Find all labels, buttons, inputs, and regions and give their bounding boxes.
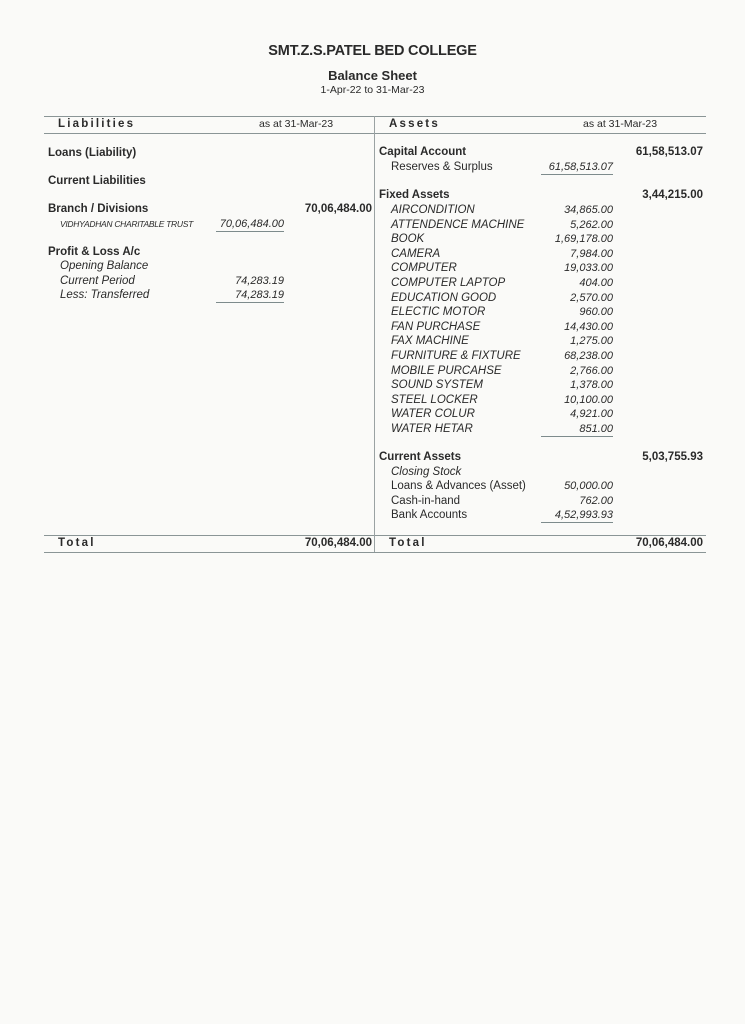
fixed-asset-amount: 2,766.00	[541, 365, 613, 377]
fixed-asset-amount: 7,984.00	[541, 248, 613, 260]
closing-stock: Closing Stock	[391, 466, 461, 480]
fixed-asset-amount: 1,69,178.00	[541, 233, 613, 245]
balance-sheet-page: SMT.Z.S.PATEL BED COLLEGE Balance Sheet …	[0, 0, 745, 1024]
assets-total-value: 70,06,484.00	[636, 537, 703, 549]
group-profit-loss: Profit & Loss A/c	[48, 246, 140, 260]
assets-date-heading: as at 31-Mar-23	[583, 118, 657, 130]
fixed-asset-amount: 4,921.00	[541, 408, 613, 420]
fixed-asset-amount: 34,865.00	[541, 204, 613, 216]
fixed-asset-amount: 960.00	[541, 306, 613, 318]
fixed-asset-amount: 1,378.00	[541, 379, 613, 391]
fixed-assets-total: 3,44,215.00	[642, 189, 703, 201]
fixed-asset-name: MOBILE PURCAHSE	[391, 365, 502, 379]
cash-in-hand: Cash-in-hand	[391, 495, 460, 509]
organization-name: SMT.Z.S.PATEL BED COLLEGE	[0, 43, 745, 59]
capital-account-total: 61,58,513.07	[636, 146, 703, 158]
fixed-asset-amount: 851.00	[541, 423, 613, 437]
fixed-asset-name: WATER COLUR	[391, 408, 475, 422]
fixed-asset-name: ELECTIC MOTOR	[391, 306, 485, 320]
column-divider	[374, 116, 375, 552]
group-capital-account: Capital Account	[379, 146, 466, 160]
fixed-asset-amount: 68,238.00	[541, 350, 613, 362]
group-fixed-assets: Fixed Assets	[379, 189, 450, 203]
total-bottom-rule	[44, 552, 706, 553]
fixed-asset-name: EDUCATION GOOD	[391, 292, 496, 306]
report-period: 1-Apr-22 to 31-Mar-23	[0, 84, 745, 96]
header-rule	[44, 133, 706, 134]
loans-advances-amount: 50,000.00	[541, 480, 613, 492]
current-assets-total: 5,03,755.93	[642, 451, 703, 463]
fixed-asset-name: CAMERA	[391, 248, 440, 262]
fixed-asset-name: ATTENDENCE MACHINE	[391, 219, 524, 233]
fixed-asset-amount: 5,262.00	[541, 219, 613, 231]
pl-opening-balance: Opening Balance	[60, 260, 148, 274]
assets-header: Assets as at 31-Mar-23	[375, 116, 705, 133]
liabilities-date-heading: as at 31-Mar-23	[259, 118, 333, 130]
assets-total-row: Total 70,06,484.00	[375, 537, 705, 552]
fixed-asset-amount: 19,033.00	[541, 262, 613, 274]
fixed-asset-name: FAX MACHINE	[391, 335, 469, 349]
group-branch-divisions: Branch / Divisions	[48, 203, 148, 217]
fixed-asset-name: FURNITURE & FIXTURE	[391, 350, 521, 364]
fixed-asset-name: COMPUTER	[391, 262, 457, 276]
branch-item-name: VIDHYADHAN CHARITABLE TRUST	[60, 219, 193, 233]
fixed-asset-name: COMPUTER LAPTOP	[391, 277, 505, 291]
liabilities-heading: Liabilities	[58, 118, 135, 130]
assets-total-label: Total	[389, 537, 427, 549]
pl-current-period-amount: 74,283.19	[216, 275, 284, 287]
cash-in-hand-amount: 762.00	[541, 495, 613, 507]
fixed-asset-amount: 1,275.00	[541, 335, 613, 347]
assets-heading: Assets	[389, 118, 440, 130]
bank-accounts: Bank Accounts	[391, 509, 467, 523]
fixed-asset-amount: 14,430.00	[541, 321, 613, 333]
group-loans-liability: Loans (Liability)	[48, 147, 136, 161]
branch-divisions-total: 70,06,484.00	[305, 203, 372, 215]
pl-less-transferred-amount: 74,283.19	[216, 289, 284, 303]
reserves-surplus-amount: 61,58,513.07	[541, 161, 613, 175]
liabilities-total-label: Total	[58, 537, 96, 549]
fixed-asset-name: BOOK	[391, 233, 424, 247]
fixed-asset-name: AIRCONDITION	[391, 204, 475, 218]
bank-accounts-amount: 4,52,993.93	[541, 509, 613, 523]
fixed-asset-amount: 2,570.00	[541, 292, 613, 304]
total-top-rule	[44, 535, 706, 536]
liabilities-total-row: Total 70,06,484.00	[44, 537, 374, 552]
fixed-asset-name: FAN PURCHASE	[391, 321, 480, 335]
group-current-assets: Current Assets	[379, 451, 461, 465]
pl-current-period: Current Period	[60, 275, 135, 289]
document-title: Balance Sheet	[0, 68, 745, 83]
group-current-liabilities: Current Liabilities	[48, 175, 146, 189]
fixed-asset-name: WATER HETAR	[391, 423, 473, 437]
loans-advances-asset: Loans & Advances (Asset)	[391, 480, 526, 494]
liabilities-total-value: 70,06,484.00	[305, 537, 372, 549]
pl-less-transferred: Less: Transferred	[60, 289, 149, 303]
liabilities-header: Liabilities as at 31-Mar-23	[44, 116, 374, 133]
fixed-asset-amount: 10,100.00	[541, 394, 613, 406]
reserves-surplus: Reserves & Surplus	[391, 161, 493, 175]
fixed-asset-name: SOUND SYSTEM	[391, 379, 483, 393]
fixed-asset-amount: 404.00	[541, 277, 613, 289]
fixed-asset-name: STEEL LOCKER	[391, 394, 478, 408]
branch-item-amount: 70,06,484.00	[216, 218, 284, 232]
